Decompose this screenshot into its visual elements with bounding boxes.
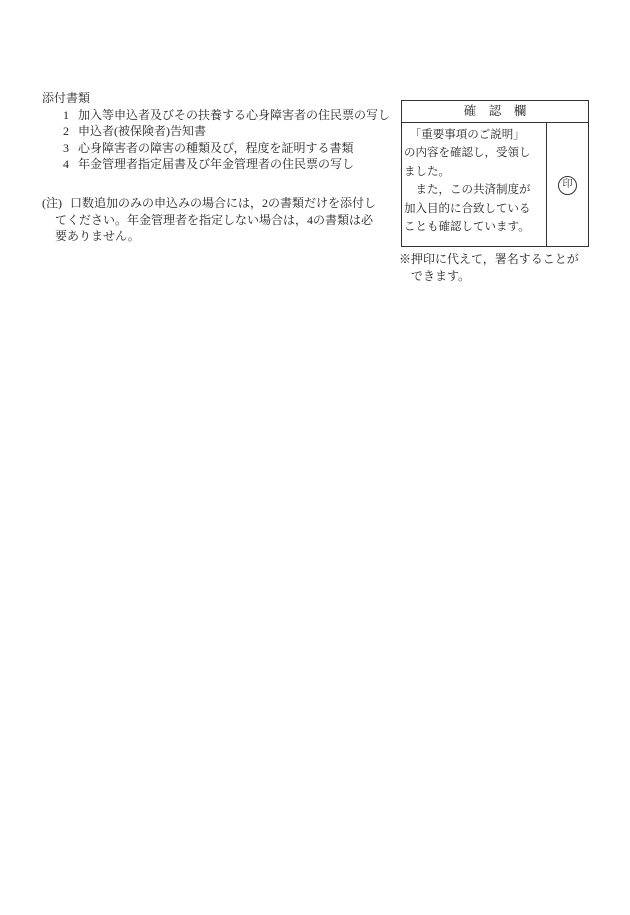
attachment-item-text: 申込者(被保険者)告知書 bbox=[78, 123, 206, 140]
seal-stamp-icon: 印 bbox=[558, 176, 577, 195]
confirmation-box-header: 確 認 欄 bbox=[402, 101, 588, 123]
attachment-item: 3 心身障害者の障害の種類及び，程度を証明する書類 bbox=[42, 140, 407, 157]
attachment-item-text: 加入等申込者及びその扶養する心身障害者の住民票の写し bbox=[78, 107, 390, 124]
note-section: (注) 口数追加のみの申込みの場合には，2の書類だけを添付し てください。年金管… bbox=[42, 195, 407, 245]
attachment-item-number: 3 bbox=[63, 140, 78, 157]
attachment-item-number: 4 bbox=[63, 156, 78, 173]
note-text: 口数追加のみの申込みの場合には，2の書類だけを添付し てください。年金管理者を指… bbox=[55, 195, 407, 245]
note-label: (注) bbox=[42, 195, 62, 212]
attachment-item-number: 2 bbox=[63, 123, 78, 140]
confirmation-box-body: 「重要事項のご説明」 の内容を確認し，受領し ました。 また，この共済制度が 加… bbox=[402, 123, 588, 247]
attachments-title: 添付書類 bbox=[42, 90, 407, 107]
attachment-item-text: 心身障害者の障害の種類及び，程度を証明する書類 bbox=[78, 140, 354, 157]
attachment-item: 1 加入等申込者及びその扶養する心身障害者の住民票の写し bbox=[42, 107, 407, 124]
attachment-item-number: 1 bbox=[63, 107, 78, 124]
attachment-item-text: 年金管理者指定届書及び年金管理者の住民票の写し bbox=[78, 156, 354, 173]
seal-footnote: ※押印に代えて，署名することが できます。 bbox=[399, 251, 599, 285]
seal-cell: 印 bbox=[547, 123, 588, 247]
attachments-section: 添付書類 1 加入等申込者及びその扶養する心身障害者の住民票の写し 2 申込者(… bbox=[42, 90, 407, 173]
document-page: 添付書類 1 加入等申込者及びその扶養する心身障害者の住民票の写し 2 申込者(… bbox=[0, 0, 630, 915]
confirmation-statement: 「重要事項のご説明」 の内容を確認し，受領し ました。 また，この共済制度が 加… bbox=[402, 123, 547, 247]
attachment-item: 2 申込者(被保険者)告知書 bbox=[42, 123, 407, 140]
confirmation-box: 確 認 欄 「重要事項のご説明」 の内容を確認し，受領し ました。 また，この共… bbox=[401, 100, 589, 247]
attachment-item: 4 年金管理者指定届書及び年金管理者の住民票の写し bbox=[42, 156, 407, 173]
